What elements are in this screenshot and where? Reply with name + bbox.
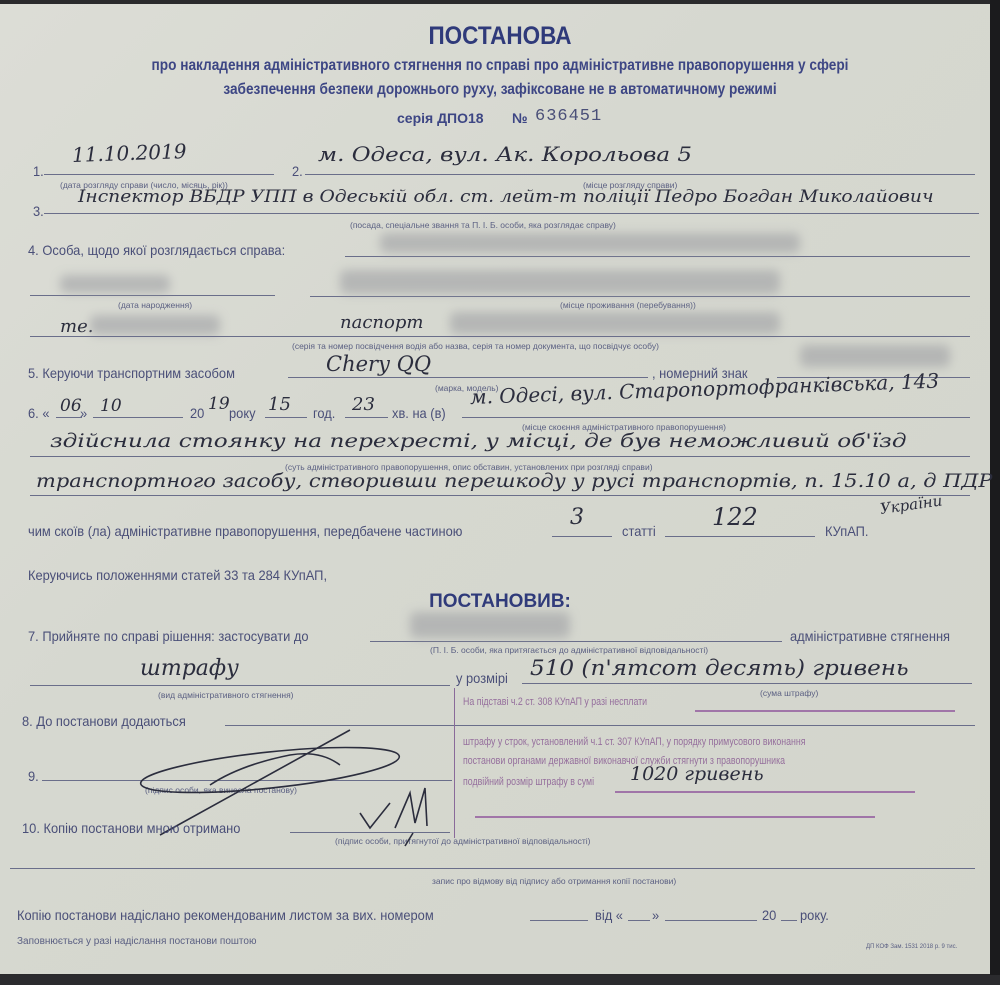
person-label: 4. Особа, щодо якої розглядається справа… [28,242,285,258]
offense-description-1: здійснила стоянку на перехресті, у місці… [50,430,907,452]
part-line [552,536,612,537]
minute-line [345,417,388,418]
penalty-type-caption: (вид адміністративного стягнення) [158,690,294,700]
offense-hour: 15 [268,394,291,415]
copy-received-label: 10. Копію постанови мною отримано [22,820,240,836]
stamp-line [615,791,915,793]
place-line [305,174,975,175]
offense-description-2: транспортного засобу, створивши перешкод… [36,470,992,492]
month-line [93,417,183,418]
mail-month-line [665,920,757,921]
document-title: ПОСТАНОВА [50,22,950,51]
redacted-birthdate [60,275,170,293]
birth-line [30,295,275,296]
offense-minute: 23 [352,394,375,415]
hour-line [265,417,307,418]
redacted-offender [410,612,570,638]
mail-year-line [781,920,797,921]
decision-line [370,641,782,642]
mail-year-label: року. [800,907,829,923]
background-edge [990,0,1000,985]
review-place-value: м. Одеса, вул. Ак. Корольова 5 [318,142,692,166]
stamp-text: подвійний розмір штрафу в сумі [463,776,594,788]
officer-line [44,213,979,214]
series-label: серія ДПО18 [397,110,484,126]
refusal-line [10,868,975,869]
description-line [30,495,970,496]
document-line [30,336,970,337]
stamp-text: штрафу у строк, установлений ч.1 ст. 307… [463,736,806,748]
decision-tail: адміністративне стягнення [790,628,950,644]
vehicle-value: Chery QQ [326,352,431,376]
field-number: 1. [33,163,44,179]
number-label: № [512,110,528,126]
violation-label: чим скоїв (ла) адміністративне правопору… [28,523,462,539]
mail-quote: » [652,907,659,923]
decided-title: ПОСТАНОВИВ: [0,591,1000,613]
stamp-line [475,816,875,818]
review-date-value: 11.10.2019 [72,139,187,167]
redacted-address [340,270,780,294]
residence-line [310,296,970,297]
violation-part: 3 [570,505,584,530]
offense-place-line [462,417,970,418]
amount-line [522,683,972,684]
field-number: 9. [28,768,39,784]
background-edge [0,975,1000,985]
offense-month: 10 [100,396,122,416]
print-mark: ДП КОФ Зам. 1531 2018 р. 9 тис. [866,944,957,950]
field-number: 2. [292,163,303,179]
officer-value: Інспектор ВБДР УПП в Одеській обл. ст. л… [78,187,934,207]
decision-caption: (П. І. Б. особи, яка притягається до адм… [430,645,708,655]
penalty-type-value: штрафу [140,656,239,681]
quote: » [80,405,87,421]
year-label: року [229,405,256,421]
redacted-document [90,315,220,335]
hour-label: год. [313,405,335,421]
code-label: КУпАП. [825,523,869,539]
minute-label: хв. на (в) [392,405,446,421]
document-prefix: те. [60,316,93,337]
field-number: 3. [33,203,44,219]
officer-caption: (посада, спеціальне звання та П. І. Б. о… [350,220,616,230]
penalty-stamp: На підставі ч.2 ст. 308 КУпАП у разі нес… [454,688,975,838]
article-label: статті [622,523,656,539]
document-number: 636451 [535,107,602,126]
decision-label: 7. Прийняте по справі рішення: застосува… [28,628,309,644]
guided-text: Керуючись положеннями статей 33 та 284 К… [28,567,327,583]
vehicle-line [288,377,648,378]
date-line [44,174,274,175]
stamp-amount: 1020 гривень [630,763,764,785]
description-line [30,456,970,457]
violation-article: 122 [712,503,758,531]
mail-number-line [530,920,588,921]
article-line [665,536,815,537]
person-line [345,256,970,257]
residence-caption: (місце проживання (перебування)) [560,300,696,310]
mail-year-prefix: 20 [762,907,776,923]
document-subtitle: про накладення адміністративного стягнен… [60,57,940,75]
stamp-text: На підставі ч.2 ст. 308 КУпАП у разі нес… [463,696,647,708]
redacted-plate [800,345,950,367]
refusal-caption: запис про відмову від підпису або отрима… [432,876,676,886]
year-prefix: 20 [190,405,204,421]
birth-caption: (дата народження) [118,300,192,310]
redacted-name [380,233,800,253]
stamp-line [695,710,955,712]
amount-value: 510 (п'ятсот десять) гривень [530,656,909,680]
mail-day-line [628,920,650,921]
offender-signature [355,778,445,848]
mail-note: Заповнюється у разі надіслання постанови… [17,936,256,947]
vehicle-label: 5. Керуючи транспортним засобом [28,365,235,381]
redacted-document-number [450,312,780,334]
mail-text: Копію постанови надіслано рекомендованим… [17,907,434,923]
document-type-value: паспорт [340,312,423,333]
offense-day: 06 [60,396,82,416]
penalty-line [30,685,450,686]
mail-from: від « [595,907,623,923]
document-subtitle: забезпечення безпеки дорожнього руху, за… [60,81,940,99]
field-number: 6. « [28,405,49,421]
day-line [56,417,82,418]
offense-year: 19 [208,394,230,414]
document-caption: (серія та номер посвідчення водія або на… [292,341,659,351]
amount-label: у розмірі [456,670,508,686]
